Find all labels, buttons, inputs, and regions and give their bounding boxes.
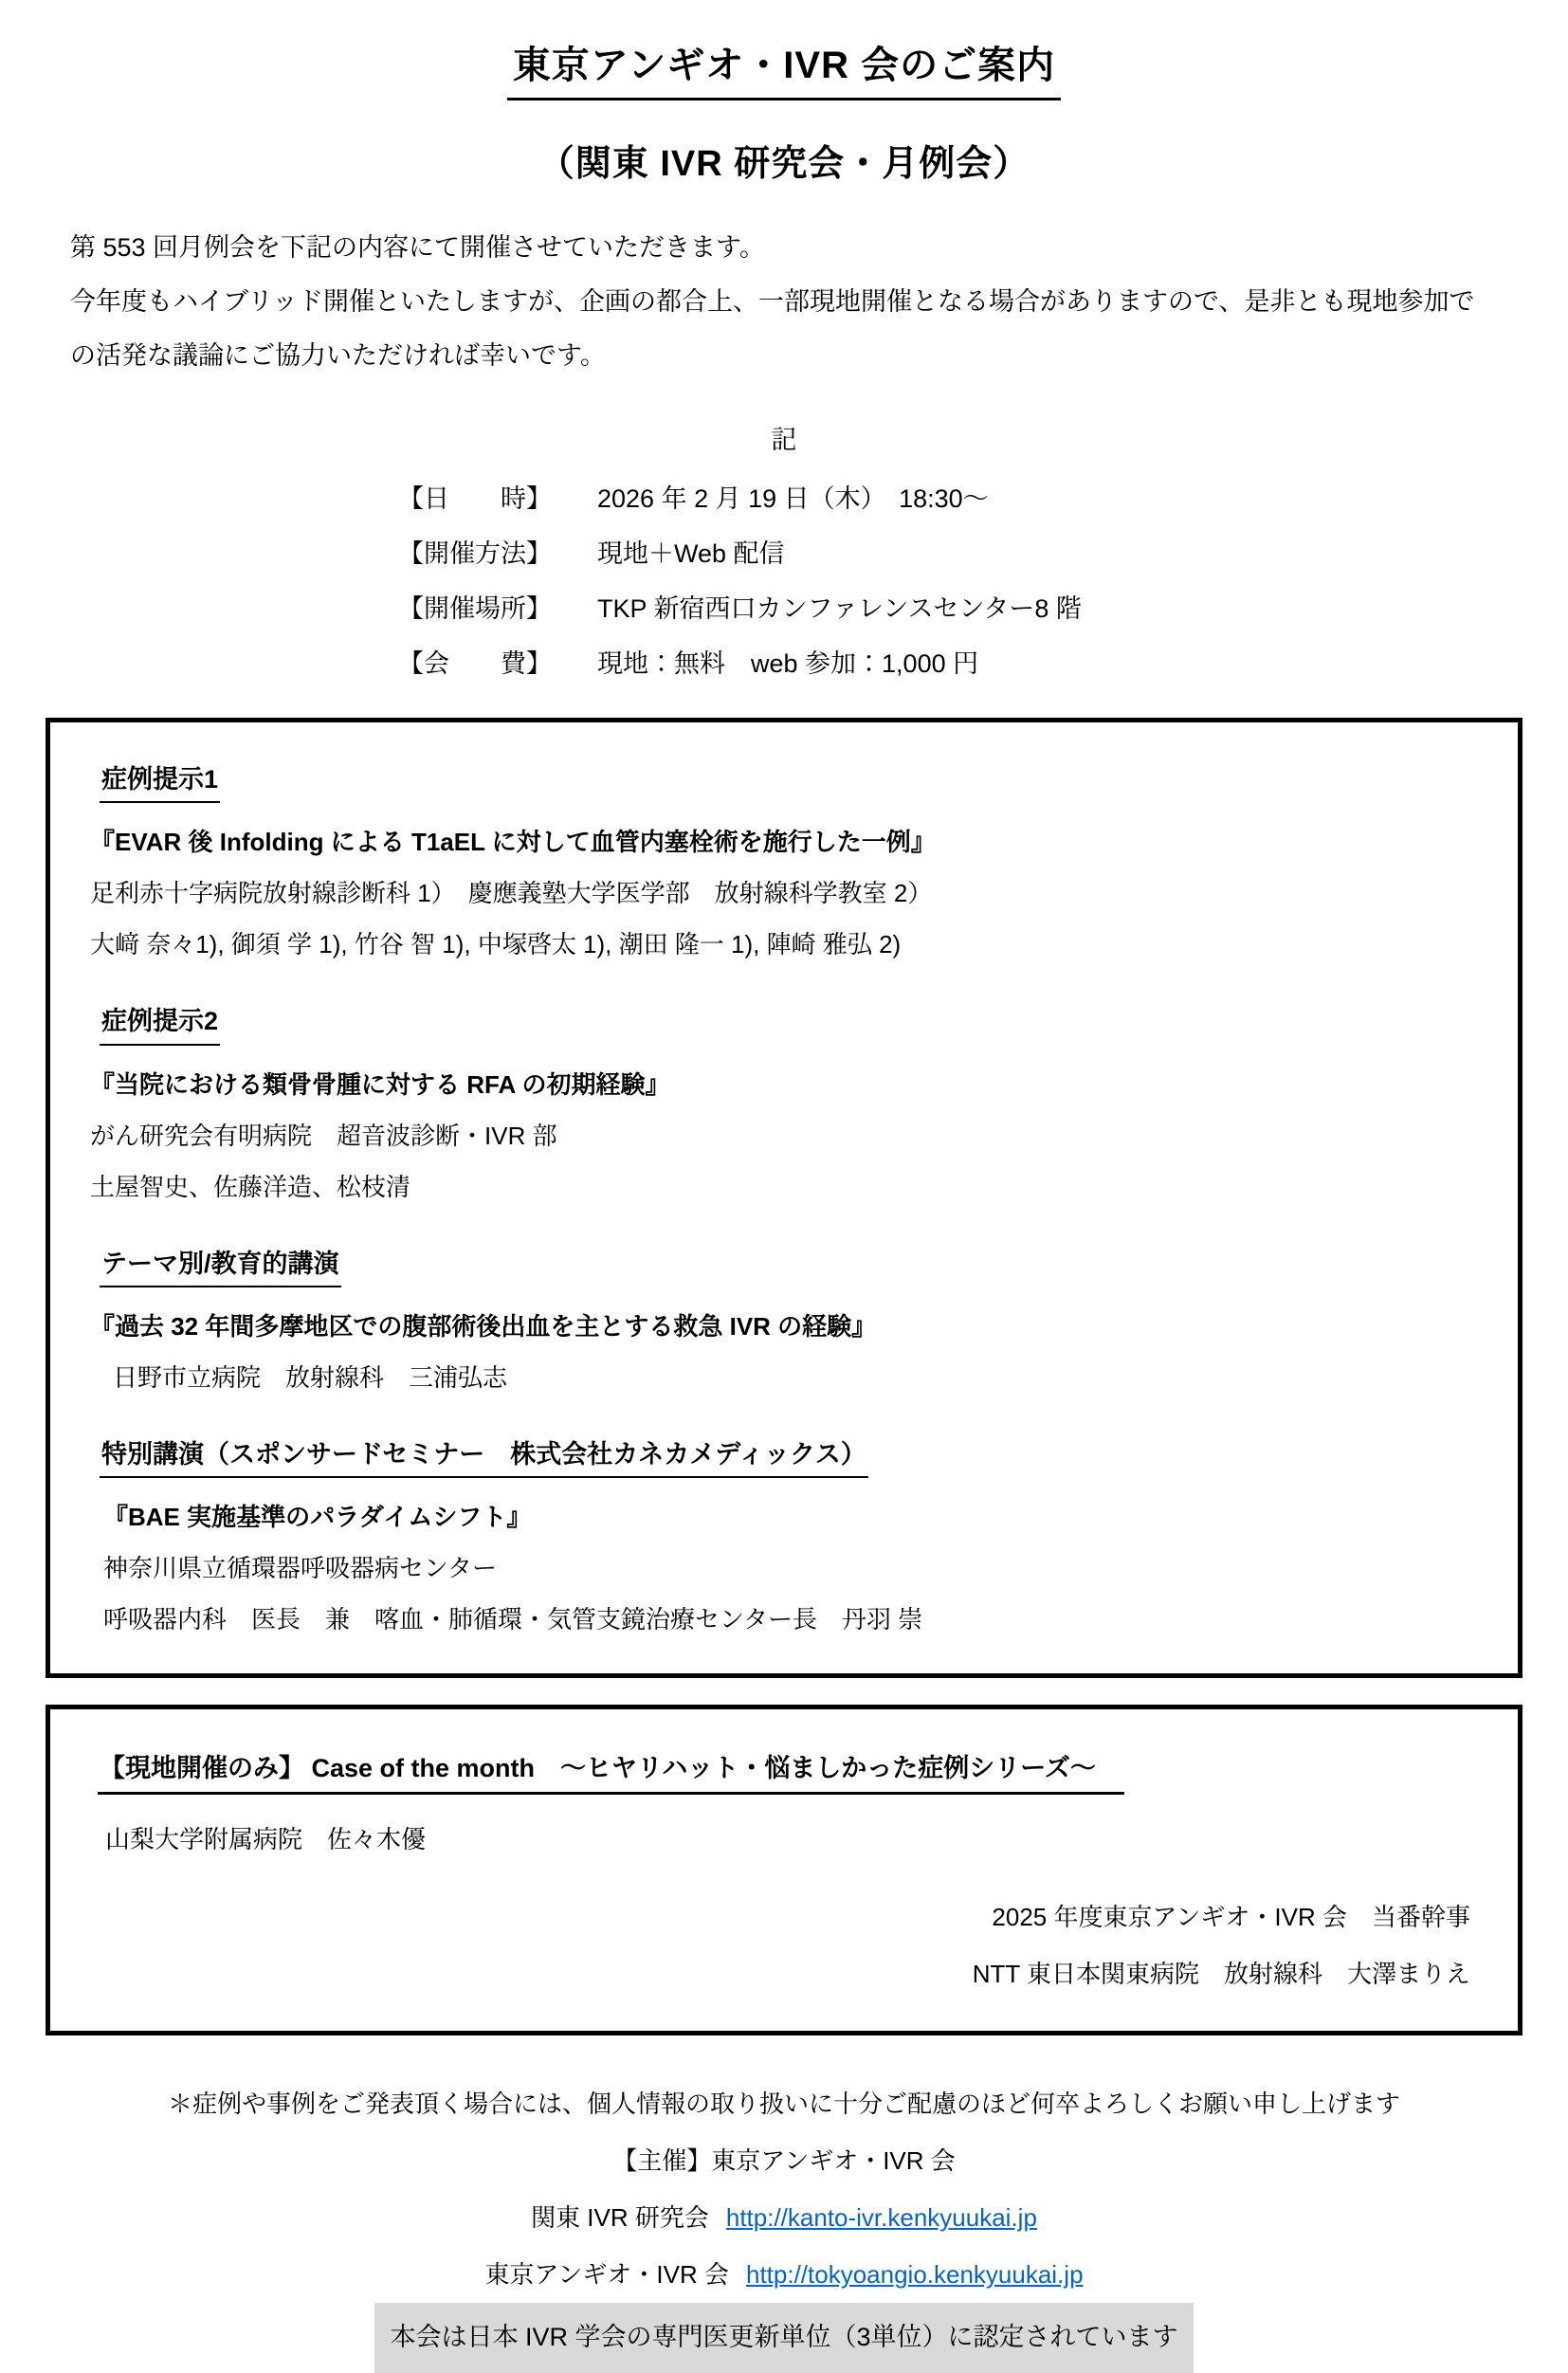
section-speaker: 呼吸器内科 医長 兼 喀血・肺循環・気管支鏡治療センター長 丹羽 崇 bbox=[103, 1605, 1480, 1634]
certification-note: 本会は日本 IVR 学会の専門医更新単位（3単位）に認定されています bbox=[374, 2303, 1193, 2373]
section-heading: 症例提示1 bbox=[100, 762, 220, 803]
section-title: 『過去 32 年間多摩地区での腹部術後出血を主とする救急 IVR の経験』 bbox=[90, 1312, 1480, 1341]
intro-line: 第 553 回月例会を下記の内容にて開催させていただきます。 bbox=[70, 221, 1500, 275]
kanto-ivr-link-line: 関東 IVR 研究会http://kanto-ivr.kenkyuukai.jp bbox=[0, 2189, 1568, 2246]
section-educational-lecture: テーマ別/教育的講演 『過去 32 年間多摩地区での腹部術後出血を主とする救急 … bbox=[90, 1247, 1480, 1392]
link-label: 東京アンギオ・IVR 会 bbox=[484, 2260, 729, 2289]
detail-row-datetime: 【日 時】 2026 年 2 月 19 日（木） 18:30～ bbox=[398, 471, 1568, 526]
detail-row-fee: 【会 費】 現地：無料 web 参加：1,000 円 bbox=[398, 636, 1568, 691]
intro-line: 今年度もハイブリッド開催といたしますが、企画の都合上、一部現地開催となる場合があ… bbox=[70, 275, 1500, 329]
detail-label: 【開催方法】 bbox=[398, 526, 574, 581]
footer: ＊症例や事例をご発表頂く場合には、個人情報の取り扱いに十分ご配慮のほど何卒よろし… bbox=[0, 2075, 1568, 2373]
kanto-ivr-link[interactable]: http://kanto-ivr.kenkyuukai.jp bbox=[726, 2203, 1037, 2232]
detail-value: 2026 年 2 月 19 日（木） 18:30～ bbox=[597, 471, 989, 526]
section-speaker: 日野市立病院 放射線科 三浦弘志 bbox=[113, 1363, 1480, 1392]
detail-row-venue: 【開催場所】 TKP 新宿西口カンファレンスセンター8 階 bbox=[398, 581, 1568, 636]
organizer-block: 2025 年度東京アンギオ・IVR 会 当番幹事 NTT 東日本関東病院 放射線… bbox=[90, 1889, 1482, 2002]
page-subtitle: （関東 IVR 研究会・月例会） bbox=[0, 140, 1568, 189]
organizer-line: NTT 東日本関東病院 放射線科 大澤まりえ bbox=[90, 1945, 1482, 2002]
section-authors: 土屋智史、佐藤洋造、松枝清 bbox=[90, 1173, 1480, 1201]
detail-value: 現地：無料 web 参加：1,000 円 bbox=[597, 636, 978, 691]
section-title: 『BAE 実施基準のパラダイムシフト』 bbox=[103, 1503, 1480, 1531]
detail-label: 【開催場所】 bbox=[398, 581, 574, 636]
section-case-presentation-2: 症例提示2 『当院における類骨骨腫に対する RFA の初期経験』 がん研究会有明… bbox=[90, 1004, 1480, 1200]
section-case-presentation-1: 症例提示1 『EVAR 後 Infolding による T1aEL に対して血管… bbox=[90, 762, 1480, 958]
section-title: 『EVAR 後 Infolding による T1aEL に対して血管内塞栓術を施… bbox=[90, 828, 1480, 856]
section-affiliation: 神奈川県立循環器呼吸器病センター bbox=[103, 1554, 1480, 1582]
detail-label: 【日 時】 bbox=[398, 471, 574, 526]
local-only-heading: 【現地開催のみ】 Case of the month ～ヒヤリハット・悩ましかっ… bbox=[98, 1751, 1124, 1794]
certification-line: 本会は日本 IVR 学会の専門医更新単位（3単位）に認定されています bbox=[0, 2303, 1568, 2373]
intro-line: の活発な議論にご協力いただければ幸いです。 bbox=[70, 329, 1500, 383]
section-affiliation: 足利赤十字病院放射線診断科 1） 慶應義塾大学医学部 放射線科学教室 2） bbox=[90, 879, 1480, 907]
detail-row-format: 【開催方法】 現地＋Web 配信 bbox=[398, 526, 1568, 581]
section-special-lecture: 特別講演（スポンサードセミナー 株式会社カネカメディックス） 『BAE 実施基準… bbox=[90, 1437, 1480, 1634]
intro-paragraph: 第 553 回月例会を下記の内容にて開催させていただきます。 今年度もハイブリッ… bbox=[70, 221, 1500, 383]
page-title: 東京アンギオ・IVR 会のご案内 bbox=[507, 40, 1061, 100]
record-marker: 記 bbox=[0, 423, 1568, 457]
link-label: 関東 IVR 研究会 bbox=[531, 2203, 709, 2232]
event-details: 【日 時】 2026 年 2 月 19 日（木） 18:30～ 【開催方法】 現… bbox=[398, 471, 1568, 691]
privacy-note: ＊症例や事例をご発表頂く場合には、個人情報の取り扱いに十分ご配慮のほど何卒よろし… bbox=[0, 2075, 1568, 2132]
detail-value: TKP 新宿西口カンファレンスセンター8 階 bbox=[597, 581, 1082, 636]
presenter-line: 山梨大学附属病院 佐々木優 bbox=[105, 1823, 1482, 1856]
section-heading: 特別講演（スポンサードセミナー 株式会社カネカメディックス） bbox=[100, 1437, 868, 1478]
section-heading: テーマ別/教育的講演 bbox=[100, 1247, 341, 1287]
organizer-line: 2025 年度東京アンギオ・IVR 会 当番幹事 bbox=[90, 1889, 1482, 1945]
section-affiliation: がん研究会有明病院 超音波診断・IVR 部 bbox=[90, 1122, 1480, 1150]
tokyo-angio-link[interactable]: http://tokyoangio.kenkyuukai.jp bbox=[746, 2260, 1084, 2289]
host-line: 【主催】東京アンギオ・IVR 会 bbox=[0, 2132, 1568, 2189]
section-title: 『当院における類骨骨腫に対する RFA の初期経験』 bbox=[90, 1070, 1480, 1099]
announcement-page: 東京アンギオ・IVR 会のご案内 （関東 IVR 研究会・月例会） 第 553 … bbox=[0, 0, 1568, 2373]
detail-label: 【会 費】 bbox=[398, 636, 574, 691]
detail-value: 現地＋Web 配信 bbox=[597, 526, 785, 581]
section-authors: 大﨑 奈々1), 御須 学 1), 竹谷 智 1), 中塚啓太 1), 潮田 隆… bbox=[90, 930, 1480, 958]
program-box: 症例提示1 『EVAR 後 Infolding による T1aEL に対して血管… bbox=[46, 718, 1522, 1679]
tokyo-angio-link-line: 東京アンギオ・IVR 会http://tokyoangio.kenkyuukai… bbox=[0, 2246, 1568, 2303]
local-only-box: 【現地開催のみ】 Case of the month ～ヒヤリハット・悩ましかっ… bbox=[46, 1705, 1522, 2035]
section-heading: 症例提示2 bbox=[100, 1004, 220, 1045]
